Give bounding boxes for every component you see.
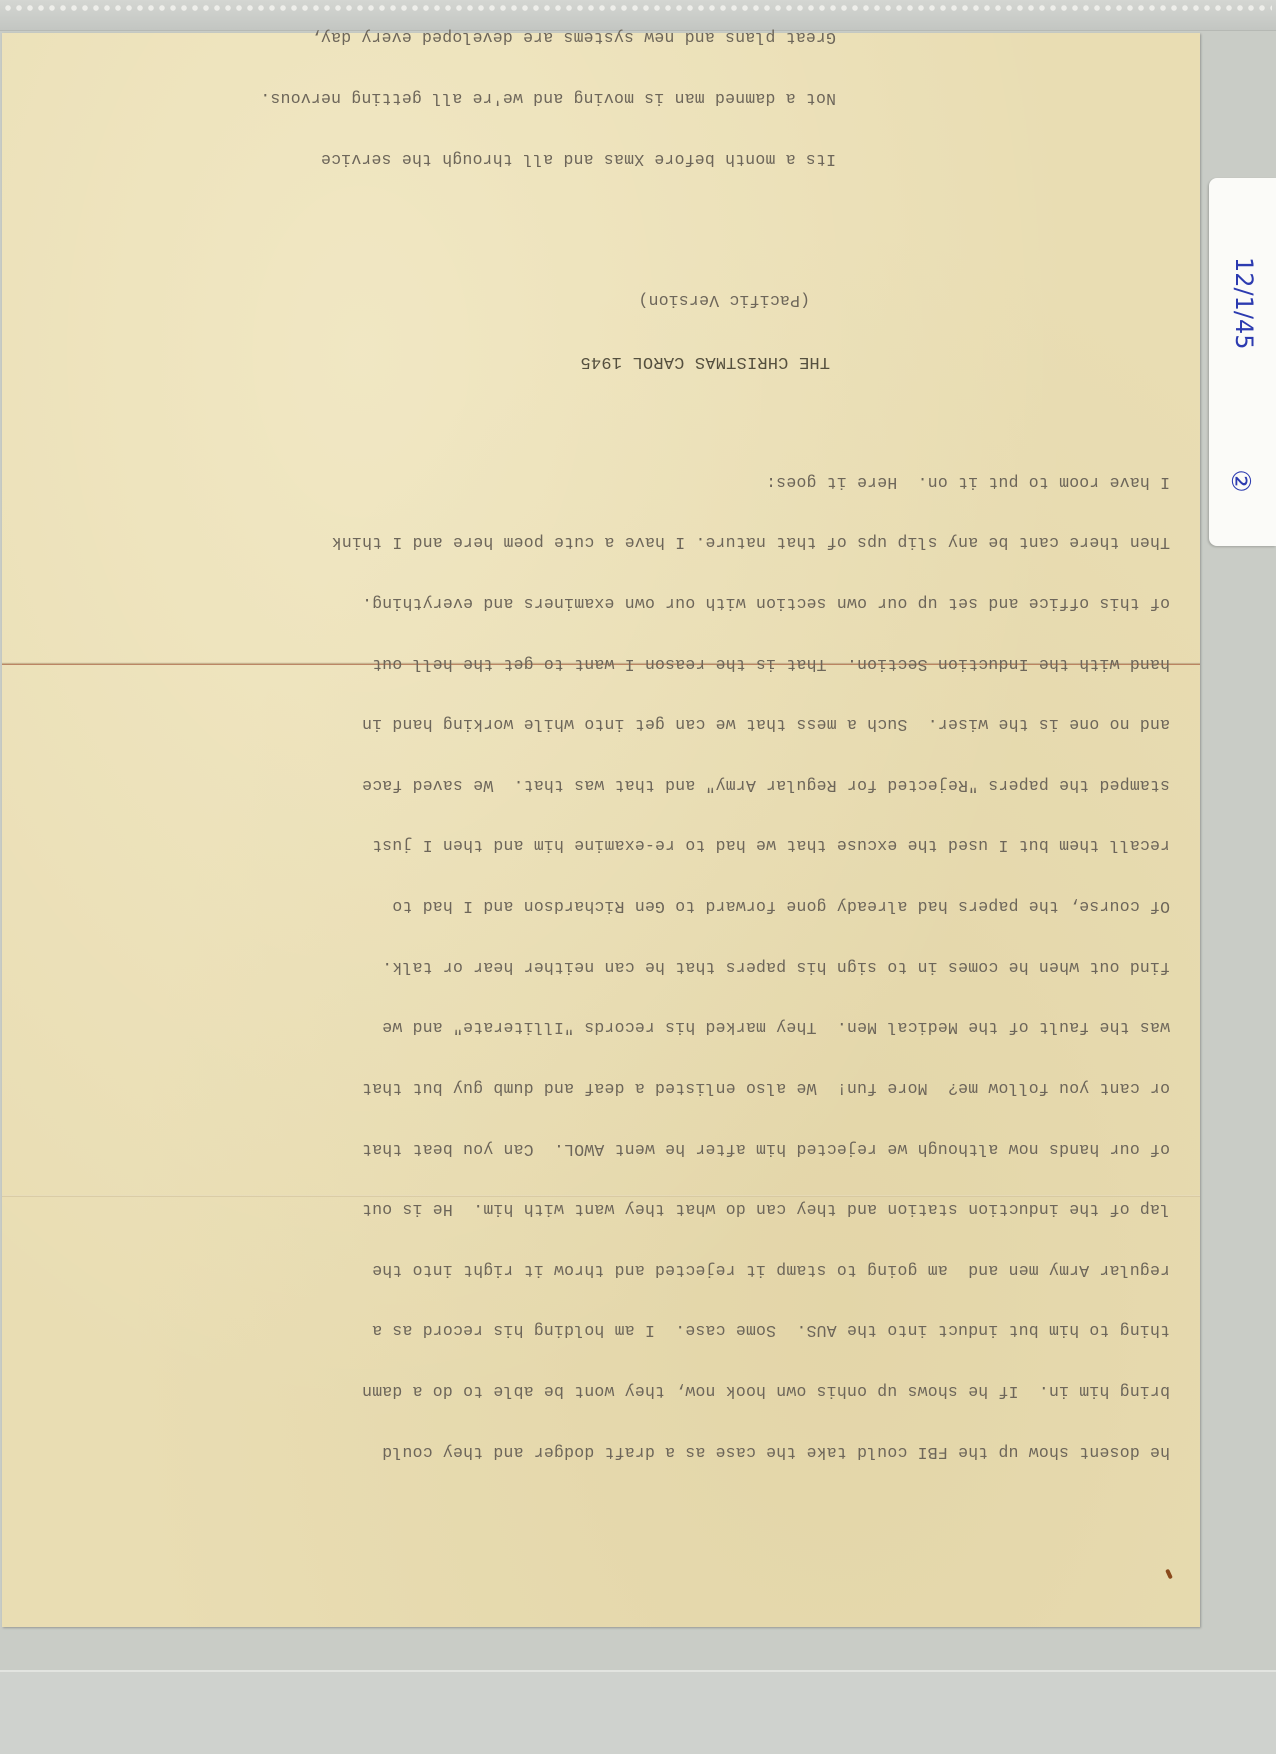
poem-title: THE CHRISTMAS CAROL 1945 bbox=[196, 350, 830, 370]
poem-stanza: Its a month before Xmas and all through … bbox=[196, 0, 836, 209]
prose-line: thing to him but induct into the AUS. So… bbox=[196, 1320, 1170, 1340]
prose-line: or cant you follow me? More fun! We also… bbox=[196, 1078, 1170, 1098]
prose-line: Of course, the papers had already gone f… bbox=[196, 896, 1170, 916]
prose-line: was the fault of the Medical Men. They m… bbox=[196, 1017, 1170, 1037]
archive-tab-label: 12/1/45 ② bbox=[1209, 178, 1276, 546]
prose-line: of our hands now although we rejected hi… bbox=[196, 1138, 1170, 1158]
prose-line: regular Army men and am going to stamp i… bbox=[196, 1260, 1170, 1280]
prose-line: bring him in. If he shows up onhis own h… bbox=[196, 1381, 1170, 1401]
letter-prose: he dosent show up the FBI could take the… bbox=[196, 0, 1170, 1502]
prose-line: stamped the papers "Rejected for Regular… bbox=[196, 775, 1170, 795]
poem-block: THE CHRISTMAS CAROL 1945 (Pacific Versio… bbox=[196, 0, 1170, 411]
prose-line: and no one is the wiser. Such a mess tha… bbox=[196, 714, 1170, 734]
prose-line: find out when he comes in to sign his pa… bbox=[196, 957, 1170, 977]
handwritten-date: 12/1/45 bbox=[1230, 257, 1258, 347]
poem-line: Great plans and new systems are develope… bbox=[196, 27, 836, 47]
prose-line: Then there cant be any slip ups of that … bbox=[196, 532, 1170, 552]
sleeve-bottom bbox=[0, 1672, 1276, 1754]
prose-line: hand with the Induction Section. That is… bbox=[196, 653, 1170, 673]
typed-letter-page: he dosent show up the FBI could take the… bbox=[2, 33, 1200, 1627]
prose-line: lap of the induction station and they ca… bbox=[196, 1199, 1170, 1219]
prose-line: recall them but I used the excuse that w… bbox=[196, 835, 1170, 855]
prose-line: he dosent show up the FBI could take the… bbox=[196, 1441, 1170, 1461]
upside-down-content: he dosent show up the FBI could take the… bbox=[2, 33, 1200, 1627]
prose-line: of this office and set up our own sectio… bbox=[196, 593, 1170, 613]
poem-subtitle: (Pacific Version) bbox=[196, 290, 830, 310]
prose-line: I have room to put it on. Here it goes: bbox=[196, 472, 1170, 492]
handwritten-page-number: ② bbox=[1225, 456, 1255, 506]
poem-line: Not a damned man is moving and we're all… bbox=[196, 88, 836, 108]
poem-line: Its a month before Xmas and all through … bbox=[196, 148, 836, 168]
